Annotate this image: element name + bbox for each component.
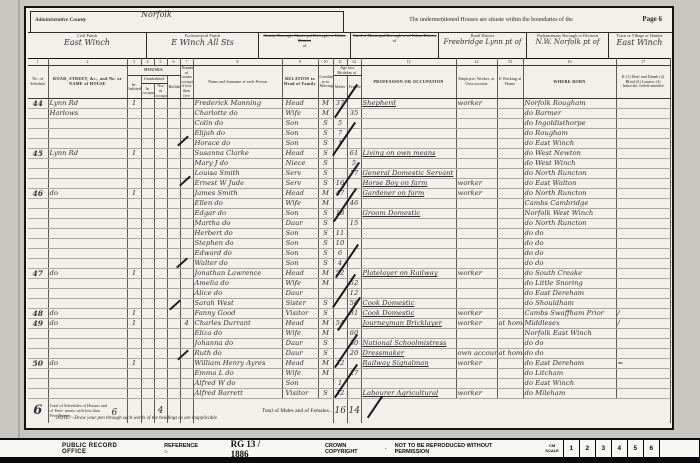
cell-infirm [616, 249, 670, 259]
cell-born: do Ingoldisthorpe [523, 119, 616, 129]
header-condition: Condition as to Marriage [318, 66, 333, 99]
cell-u2 [154, 339, 167, 349]
cell-inh: 1 [127, 149, 141, 159]
cell-ageF: 15 [347, 219, 361, 229]
cell-born: do Mileham [523, 389, 616, 399]
cell-name: Ellen do [193, 199, 282, 209]
cell-name: Alfred Barrett [193, 389, 282, 399]
cell-athome [497, 149, 523, 159]
cell-schedule: 50 [28, 359, 48, 369]
cell-born: Cambs Cambridge [523, 199, 616, 209]
cell-athome [497, 99, 523, 109]
cell-occupation [361, 379, 456, 389]
cell-u2 [154, 129, 167, 139]
cell-road [48, 279, 127, 289]
cell-occupation: Gardener on farm [361, 189, 456, 199]
col-number: 7 [180, 59, 193, 66]
header-fields-row: Civil Parish East Winch Ecclesiastical P… [28, 32, 672, 59]
cell-ageM: 6 [333, 249, 347, 259]
cell-u2 [154, 329, 167, 339]
cell-born: do South Creake [523, 269, 616, 279]
cell-occupation: Dressmaker [361, 349, 456, 359]
cell-rooms [180, 379, 193, 389]
cell-bld [167, 99, 180, 109]
cell-inh [127, 239, 141, 249]
cell-u2 [154, 379, 167, 389]
cell-relation: Niece [282, 159, 318, 169]
cell-athome [497, 119, 523, 129]
cell-road [48, 299, 127, 309]
field-value: East Winch [28, 38, 146, 47]
field-civil-parish: Civil Parish East Winch [28, 33, 146, 59]
cell-occupation [361, 139, 456, 149]
cell-bld [167, 119, 180, 129]
cell-cond: M [318, 319, 333, 329]
cell-u1 [141, 109, 154, 119]
cell-bld [167, 379, 180, 389]
cell-bld [167, 159, 180, 169]
cell-occupation: National Schoolmistress [361, 339, 456, 349]
cell-ageF [347, 379, 361, 389]
cell-road [48, 229, 127, 239]
cell-u2 [154, 219, 167, 229]
cell-name: Herbert do [193, 229, 282, 239]
cell-born: do do [523, 249, 616, 259]
cell-u2 [154, 389, 167, 399]
cell-road: do [48, 189, 127, 199]
census-row: 45Lynn Rd1Susanna ClarkeHeadS61Living on… [28, 149, 670, 159]
cell-rooms [180, 239, 193, 249]
cell-occupation [361, 119, 456, 129]
census-row: Alice doDaur12do East Dereham [28, 289, 670, 299]
cell-schedule [28, 229, 48, 239]
cell-athome [497, 109, 523, 119]
cell-athome [497, 309, 523, 319]
cell-relation: Wife [282, 199, 318, 209]
cell-road [48, 249, 127, 259]
cell-infirm [616, 219, 670, 229]
cell-cond: S [318, 129, 333, 139]
cell-athome [497, 299, 523, 309]
cell-bld [167, 239, 180, 249]
cell-road: do [48, 319, 127, 329]
cell-cond: M [318, 189, 333, 199]
cell-born: do West Winch [523, 159, 616, 169]
cell-employment [456, 229, 497, 239]
cell-occupation: Railway Signalman [361, 359, 456, 369]
cell-inh [127, 389, 141, 399]
cell-u1 [141, 239, 154, 249]
cell-employment [456, 199, 497, 209]
page-number: Page 6 [642, 15, 662, 23]
cell-schedule [28, 109, 48, 119]
cell-u2 [154, 259, 167, 269]
cell-ageM [333, 159, 347, 169]
col-number: 6 [167, 59, 180, 66]
cell-occupation [361, 369, 456, 379]
cell-athome: at home [497, 319, 523, 329]
field-ward: Ward of Municipal Borough or of Urban Di… [350, 33, 438, 59]
field-value: Freebridge Lynn pt of [439, 38, 526, 46]
cell-born: do North Runcton [523, 219, 616, 229]
cell-u1 [141, 169, 154, 179]
footer-notice: NOT TO BE REPRODUCED WITHOUT PERMISSION [395, 443, 520, 455]
cell-athome [497, 289, 523, 299]
cell-occupation [361, 249, 456, 259]
header-houses-group: HOUSES [127, 66, 180, 76]
cell-infirm [616, 209, 670, 219]
cell-road: do [48, 359, 127, 369]
cell-born: do do [523, 339, 616, 349]
cell-u1 [141, 129, 154, 139]
cell-bld [167, 289, 180, 299]
admin-county-label: Administrative County [35, 17, 86, 23]
cell-occupation [361, 229, 456, 239]
cell-occupation [361, 199, 456, 209]
cell-born: do West Newton [523, 149, 616, 159]
cell-athome [497, 219, 523, 229]
cell-inh [127, 219, 141, 229]
cell-born: Norfolk Rougham [523, 99, 616, 109]
cell-schedule: 48 [28, 309, 48, 319]
cell-employment: worker [456, 179, 497, 189]
cell-rooms [180, 209, 193, 219]
cell-infirm [616, 279, 670, 289]
cell-employment: worker [456, 99, 497, 109]
scale-boxes: 123456 [563, 440, 660, 457]
cell-bld [167, 109, 180, 119]
cell-rooms [180, 359, 193, 369]
cell-rooms [180, 219, 193, 229]
cell-u2 [154, 319, 167, 329]
cell-cond: S [318, 309, 333, 319]
cell-rooms [180, 159, 193, 169]
cell-inh [127, 349, 141, 359]
col-number: 8 [193, 59, 282, 66]
census-row: Horace doSonS1do East Winch [28, 139, 670, 149]
cell-schedule [28, 289, 48, 299]
cell-infirm [616, 289, 670, 299]
header-in-occupation: In occupation [141, 84, 154, 99]
footer-copyright: CROWN COPYRIGHT [325, 443, 377, 455]
cell-schedule [28, 159, 48, 169]
cell-born: do Shouldham [523, 299, 616, 309]
cell-employment [456, 159, 497, 169]
cell-employment [456, 149, 497, 159]
cell-born: do North Runcton [523, 169, 616, 179]
cell-occupation: Labourer Agricultural [361, 389, 456, 399]
cell-inh [127, 369, 141, 379]
cell-name: Frederick Manning [193, 99, 282, 109]
cell-road [48, 199, 127, 209]
census-row: Alfred BarrettVisitorS32Labourer Agricul… [28, 389, 670, 399]
cell-relation: Head [282, 269, 318, 279]
cell-schedule [28, 379, 48, 389]
cell-athome [497, 369, 523, 379]
cell-rooms [180, 389, 193, 399]
cell-u1 [141, 349, 154, 359]
cell-employment: worker [456, 309, 497, 319]
cell-name: Ruth do [193, 349, 282, 359]
cell-cond: S [318, 339, 333, 349]
census-row: Eliza doWifeM60Norfolk East Winch [28, 329, 670, 339]
cell-occupation: Groom Domestic [361, 209, 456, 219]
census-row: Martha doDaurS15do North Runcton [28, 219, 670, 229]
cell-occupation [361, 109, 456, 119]
cell-relation: Daur [282, 339, 318, 349]
cell-bld [167, 339, 180, 349]
cell-relation: Visitor [282, 389, 318, 399]
header-age-group: Age last Birthday of [333, 66, 361, 76]
cell-name: Amelia do [193, 279, 282, 289]
cell-rooms [180, 269, 193, 279]
cell-infirm [616, 259, 670, 269]
cell-inh: 1 [127, 359, 141, 369]
cell-road [48, 259, 127, 269]
cell-born: do East Winch [523, 379, 616, 389]
cell-athome [497, 329, 523, 339]
col-number: 13 [361, 59, 456, 66]
cell-bld [167, 169, 180, 179]
cell-occupation [361, 219, 456, 229]
cell-u1 [141, 359, 154, 369]
cell-schedule [28, 239, 48, 249]
cell-relation: Son [282, 139, 318, 149]
cell-occupation: Living on own means [361, 149, 456, 159]
cell-relation: Serv [282, 169, 318, 179]
cell-schedule [28, 389, 48, 399]
cell-schedule [28, 179, 48, 189]
cell-athome [497, 269, 523, 279]
scale-mark: 2 [580, 440, 596, 457]
cell-bld [167, 319, 180, 329]
cell-relation: Visitor [282, 309, 318, 319]
census-row: 49do14Charles DurrantHeadM54Journeyman B… [28, 319, 670, 329]
cell-u2 [154, 179, 167, 189]
col-number: 5 [154, 59, 167, 66]
cell-inh [127, 289, 141, 299]
census-row: Colin doSonS5do Ingoldisthorpe [28, 119, 670, 129]
cell-u2 [154, 159, 167, 169]
cell-road [48, 329, 127, 339]
cell-born: do North Runcton [523, 189, 616, 199]
cell-inh [127, 199, 141, 209]
cell-employment [456, 109, 497, 119]
cell-born: do East Dereham [523, 359, 616, 369]
cell-u2 [154, 119, 167, 129]
cell-u2 [154, 99, 167, 109]
cell-employment [456, 289, 497, 299]
cell-inh [127, 119, 141, 129]
cell-inh: 1 [127, 189, 141, 199]
cell-inh [127, 379, 141, 389]
cell-bld [167, 199, 180, 209]
cell-u1 [141, 289, 154, 299]
cell-rooms [180, 199, 193, 209]
col-numbers-row: 1234567891011121314151617 [28, 59, 670, 66]
field-rural-district: Rural District Freebridge Lynn pt of [438, 33, 526, 59]
cell-bld [167, 309, 180, 319]
cell-born: Cambs Swaffham Prior [523, 309, 616, 319]
cell-rooms [180, 329, 193, 339]
cell-u2 [154, 309, 167, 319]
cell-schedule [28, 119, 48, 129]
cell-born: do East Winch [523, 139, 616, 149]
scale-mark: 5 [628, 440, 644, 457]
cell-name: Horace do [193, 139, 282, 149]
cell-u2 [154, 299, 167, 309]
cell-u2 [154, 369, 167, 379]
cell-infirm [616, 229, 670, 239]
cell-cond: S [318, 349, 333, 359]
cell-bld [167, 209, 180, 219]
cell-athome [497, 209, 523, 219]
cell-schedule [28, 219, 48, 229]
cell-u1 [141, 219, 154, 229]
cell-born: do do [523, 349, 616, 359]
cell-road [48, 159, 127, 169]
cell-infirm [616, 369, 670, 379]
cell-u1 [141, 389, 154, 399]
cell-u2 [154, 109, 167, 119]
cell-schedule [28, 139, 48, 149]
cell-relation: Son [282, 239, 318, 249]
cell-infirm [616, 269, 670, 279]
field-ecclesiastical-parish: Ecclesiastical Parish E Winch All Sts [146, 33, 258, 59]
cell-ageM: 10 [333, 239, 347, 249]
cell-employment [456, 239, 497, 249]
cell-relation: Son [282, 259, 318, 269]
scale-end-box [660, 440, 700, 457]
cell-bld [167, 329, 180, 339]
cell-ageF [347, 229, 361, 239]
cell-infirm [616, 169, 670, 179]
cell-ageF: 20 [347, 349, 361, 359]
cell-schedule [28, 249, 48, 259]
cell-relation: Son [282, 129, 318, 139]
totals-males: 16 [333, 399, 347, 423]
cell-infirm [616, 379, 670, 389]
cell-cond: M [318, 359, 333, 369]
cell-bld [167, 249, 180, 259]
cell-employment [456, 259, 497, 269]
cell-cond [318, 289, 333, 299]
cell-road [48, 239, 127, 249]
field-town-village: Town or Village or Hamlet East Winch [608, 33, 670, 59]
census-row: Sarah WestSisterS50Cook Domesticdo Shoul… [28, 299, 670, 309]
cell-schedule [28, 349, 48, 359]
cell-occupation: General Domestic Servant [361, 169, 456, 179]
cell-occupation: Cook Domestic [361, 309, 456, 319]
cell-bld [167, 269, 180, 279]
census-row: Edgar doSonS18Groom DomesticNorfolk West… [28, 209, 670, 219]
cell-road [48, 119, 127, 129]
header-building: Building [167, 76, 180, 99]
cell-bld [167, 129, 180, 139]
cell-rooms [180, 149, 193, 159]
cell-occupation: Horse Boy on farm [361, 179, 456, 189]
cell-cond: S [318, 179, 333, 189]
cell-athome [497, 189, 523, 199]
cell-bld [167, 229, 180, 239]
cell-u1 [141, 329, 154, 339]
cell-employment [456, 249, 497, 259]
cell-schedule [28, 209, 48, 219]
cell-u2 [154, 279, 167, 289]
col-number: 11 [333, 59, 347, 66]
header-at-home: If Working at Home [497, 66, 523, 99]
undermentioned-text: The undermentioned Houses are situate wi… [356, 17, 626, 23]
cell-inh [127, 339, 141, 349]
cell-athome [497, 249, 523, 259]
cell-inh [127, 129, 141, 139]
cell-u1 [141, 209, 154, 219]
cell-employment: worker [456, 269, 497, 279]
cell-ageM: 5 [333, 119, 347, 129]
cell-name: Alice do [193, 289, 282, 299]
census-scan-page: Administrative County Norfolk The underm… [0, 0, 700, 463]
cell-cond: S [318, 249, 333, 259]
col-number: 16 [523, 59, 616, 66]
col-number: 15 [497, 59, 523, 66]
scale-mark: 1 [564, 440, 580, 457]
cell-schedule [28, 299, 48, 309]
cell-athome [497, 139, 523, 149]
cell-name: Martha do [193, 219, 282, 229]
cell-employment [456, 209, 497, 219]
cell-infirm [616, 129, 670, 139]
cell-athome [497, 259, 523, 269]
cell-u2 [154, 349, 167, 359]
cell-athome [497, 199, 523, 209]
cell-inh [127, 279, 141, 289]
footnote: NOTE.—Draw your pen through such words o… [56, 416, 218, 421]
cell-schedule [28, 199, 48, 209]
cell-inh [127, 169, 141, 179]
census-row: 44Lynn Rd1Frederick ManningHeadM37Shephe… [28, 99, 670, 109]
cell-cond: M [318, 109, 333, 119]
footer-reference-label: REFERENCE :- [164, 443, 200, 455]
cell-inh [127, 259, 141, 269]
cell-name: Walter do [193, 259, 282, 269]
cell-infirm [616, 189, 670, 199]
cell-name: Louisa Smith [193, 169, 282, 179]
cell-rooms [180, 339, 193, 349]
cell-infirm [616, 109, 670, 119]
footer-bar: PUBLIC RECORD OFFICE REFERENCE :- RG 13 … [0, 438, 700, 463]
cell-schedule: 47 [28, 269, 48, 279]
cell-rooms [180, 189, 193, 199]
cell-inh [127, 299, 141, 309]
cell-infirm [616, 389, 670, 399]
footer-scale-label: CM SCALE [545, 444, 559, 453]
census-row: Ernest W JudeServS16Horse Boy on farmwor… [28, 179, 670, 189]
col-number: 12 [347, 59, 361, 66]
cell-u1 [141, 299, 154, 309]
cell-ageM [333, 339, 347, 349]
cell-ageF [347, 139, 361, 149]
cell-infirm [616, 159, 670, 169]
header-employment: Employer, Worker, or Own account [456, 66, 497, 99]
cell-u1 [141, 379, 154, 389]
scale-mark: 6 [644, 440, 660, 457]
cell-ageM [333, 169, 347, 179]
cell-name: Emma L do [193, 369, 282, 379]
cell-relation: Head [282, 319, 318, 329]
cell-road [48, 339, 127, 349]
col-number: 1 [28, 59, 48, 66]
cell-name: James Smith [193, 189, 282, 199]
